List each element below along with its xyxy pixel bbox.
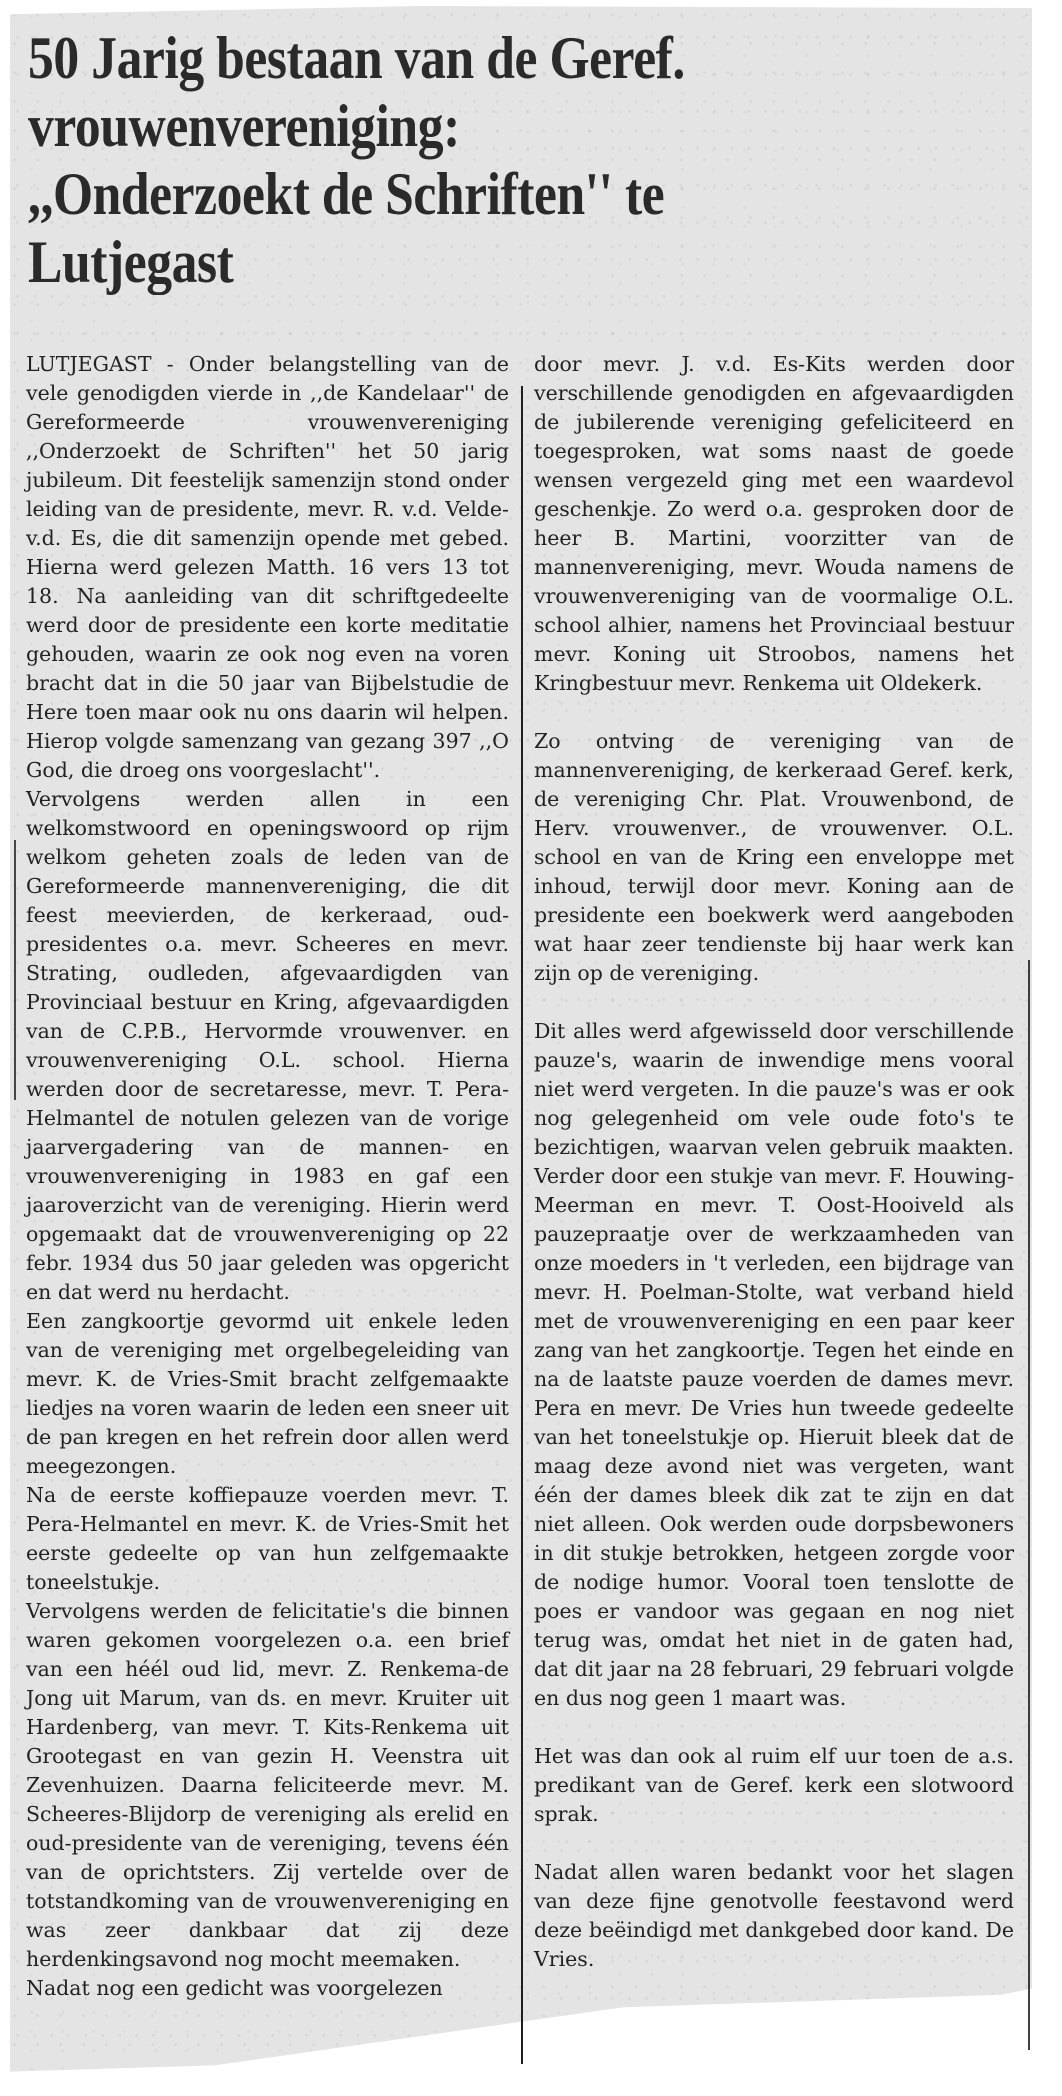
paragraph: Een zangkoortje gevormd uit enkele leden… (26, 1307, 509, 1481)
column-divider-rule (521, 386, 523, 2064)
paragraph: LUTJEGAST - Onder belangstelling van de … (26, 350, 509, 785)
paragraph: Dit alles werd afgewisseld door verschil… (534, 1017, 1014, 1713)
article-headline: 50 Jarig bestaan van de Geref. vrouwenve… (28, 24, 879, 296)
right-edge-rule (1028, 960, 1030, 2050)
paragraph: Vervolgens werden de felicitatie's die b… (26, 1597, 509, 1974)
paragraph: Nadat nog een gedicht was voorgelezen (26, 1974, 509, 2003)
article-column-left: LUTJEGAST - Onder belangstelling van de … (26, 350, 509, 2003)
paragraph: Na de eerste koffiepauze voerden mevr. T… (26, 1481, 509, 1597)
headline-line: Lutjegast (28, 228, 879, 296)
paragraph: door mevr. J. v.d. Es-Kits werden door v… (534, 350, 1014, 698)
paragraph: Het was dan ook al ruim elf uur toen de … (534, 1742, 1014, 1829)
headline-line: 50 Jarig bestaan van de Geref. (28, 24, 879, 92)
paragraph: Vervolgens werden allen in een welkomstw… (26, 785, 509, 1307)
left-edge-rule (14, 840, 16, 1100)
headline-line: vrouwenvereniging: (28, 92, 879, 160)
paragraph: Zo ontving de vereniging van de mannenve… (534, 727, 1014, 988)
headline-line: ,,Onderzoekt de Schriften'' te (28, 160, 879, 228)
paragraph: Nadat allen waren bedankt voor het slage… (534, 1858, 1014, 1974)
article-column-right: door mevr. J. v.d. Es-Kits werden door v… (534, 350, 1014, 1974)
